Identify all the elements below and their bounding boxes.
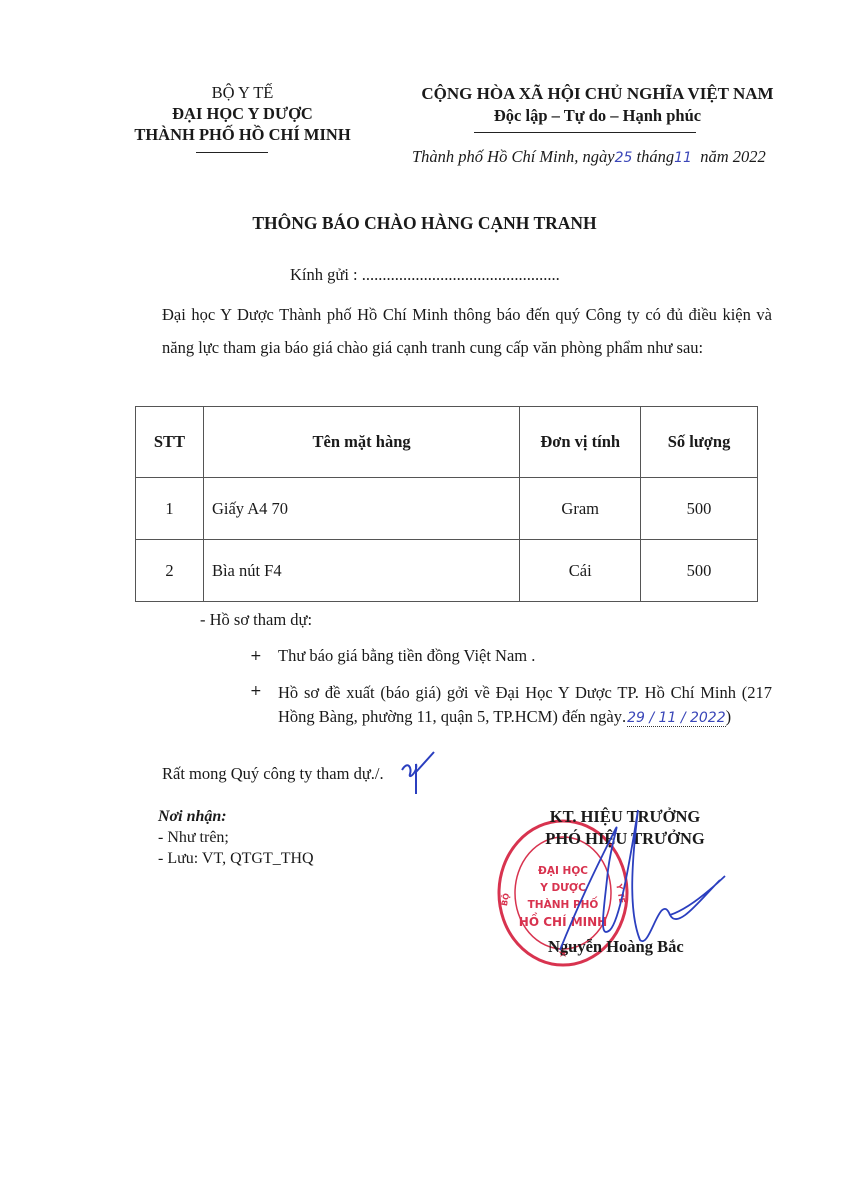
closing-line: Rất mong Quý công ty tham dự./. xyxy=(162,764,384,784)
header-unit: Đơn vị tính xyxy=(520,407,641,478)
document-title: THÔNG BÁO CHÀO HÀNG CẠNH TRANH xyxy=(0,213,849,234)
ministry-name: BỘ Y TẾ xyxy=(100,82,385,103)
handwritten-deadline: 29 / 11 / 2022 xyxy=(627,710,726,727)
document-date: Thành phố Hồ Chí Minh, ngày25 tháng11 nă… xyxy=(412,147,766,167)
table-row: 2 Bìa nút F4 Cái 500 xyxy=(136,540,758,602)
issuer-underline xyxy=(196,152,268,153)
requirements-heading: - Hồ sơ tham dự: xyxy=(200,610,312,630)
university-name: ĐẠI HỌC Y DƯỢC xyxy=(100,103,385,124)
bullet-plus: + xyxy=(250,648,262,664)
nation-name: CỘNG HÒA XÃ HỘI CHỦ NGHĨA VIỆT NAM xyxy=(380,83,815,105)
header-quantity: Số lượng xyxy=(641,407,758,478)
recipients-label: Nơi nhận: xyxy=(158,806,314,827)
nation-motto: Độc lập – Tự do – Hạnh phúc xyxy=(380,105,815,127)
svg-text:BỘ: BỘ xyxy=(499,892,511,907)
university-city: THÀNH PHỐ HỒ CHÍ MINH xyxy=(100,124,385,145)
handwritten-signature-icon xyxy=(520,800,730,970)
requirement-item: Hồ sơ đề xuất (báo giá) gởi về Đại Học Y… xyxy=(278,681,772,730)
salutation: Kính gửi : .............................… xyxy=(290,265,560,285)
recipient-item: - Như trên; xyxy=(158,827,314,848)
table-header-row: STT Tên mặt hàng Đơn vị tính Số lượng xyxy=(136,407,758,478)
nation-block: CỘNG HÒA XÃ HỘI CHỦ NGHĨA VIỆT NAM Độc l… xyxy=(380,83,815,127)
bullet-plus: + xyxy=(250,683,262,699)
issuer-block: BỘ Y TẾ ĐẠI HỌC Y DƯỢC THÀNH PHỐ HỒ CHÍ … xyxy=(100,82,385,145)
items-table: STT Tên mặt hàng Đơn vị tính Số lượng 1 … xyxy=(135,406,758,602)
handwritten-month: 11 xyxy=(674,150,692,166)
handwritten-day: 25 xyxy=(615,150,633,166)
initial-mark-icon xyxy=(400,748,436,798)
table-row: 1 Giấy A4 70 Gram 500 xyxy=(136,478,758,540)
motto-underline xyxy=(474,132,696,133)
intro-paragraph: Đại học Y Dược Thành phố Hồ Chí Minh thô… xyxy=(162,298,772,364)
requirement-item: Thư báo giá bằng tiền đồng Việt Nam . xyxy=(278,646,535,666)
recipients-block: Nơi nhận: - Như trên; - Lưu: VT, QTGT_TH… xyxy=(158,806,314,869)
header-stt: STT xyxy=(136,407,204,478)
header-item-name: Tên mặt hàng xyxy=(203,407,519,478)
recipient-item: - Lưu: VT, QTGT_THQ xyxy=(158,848,314,869)
